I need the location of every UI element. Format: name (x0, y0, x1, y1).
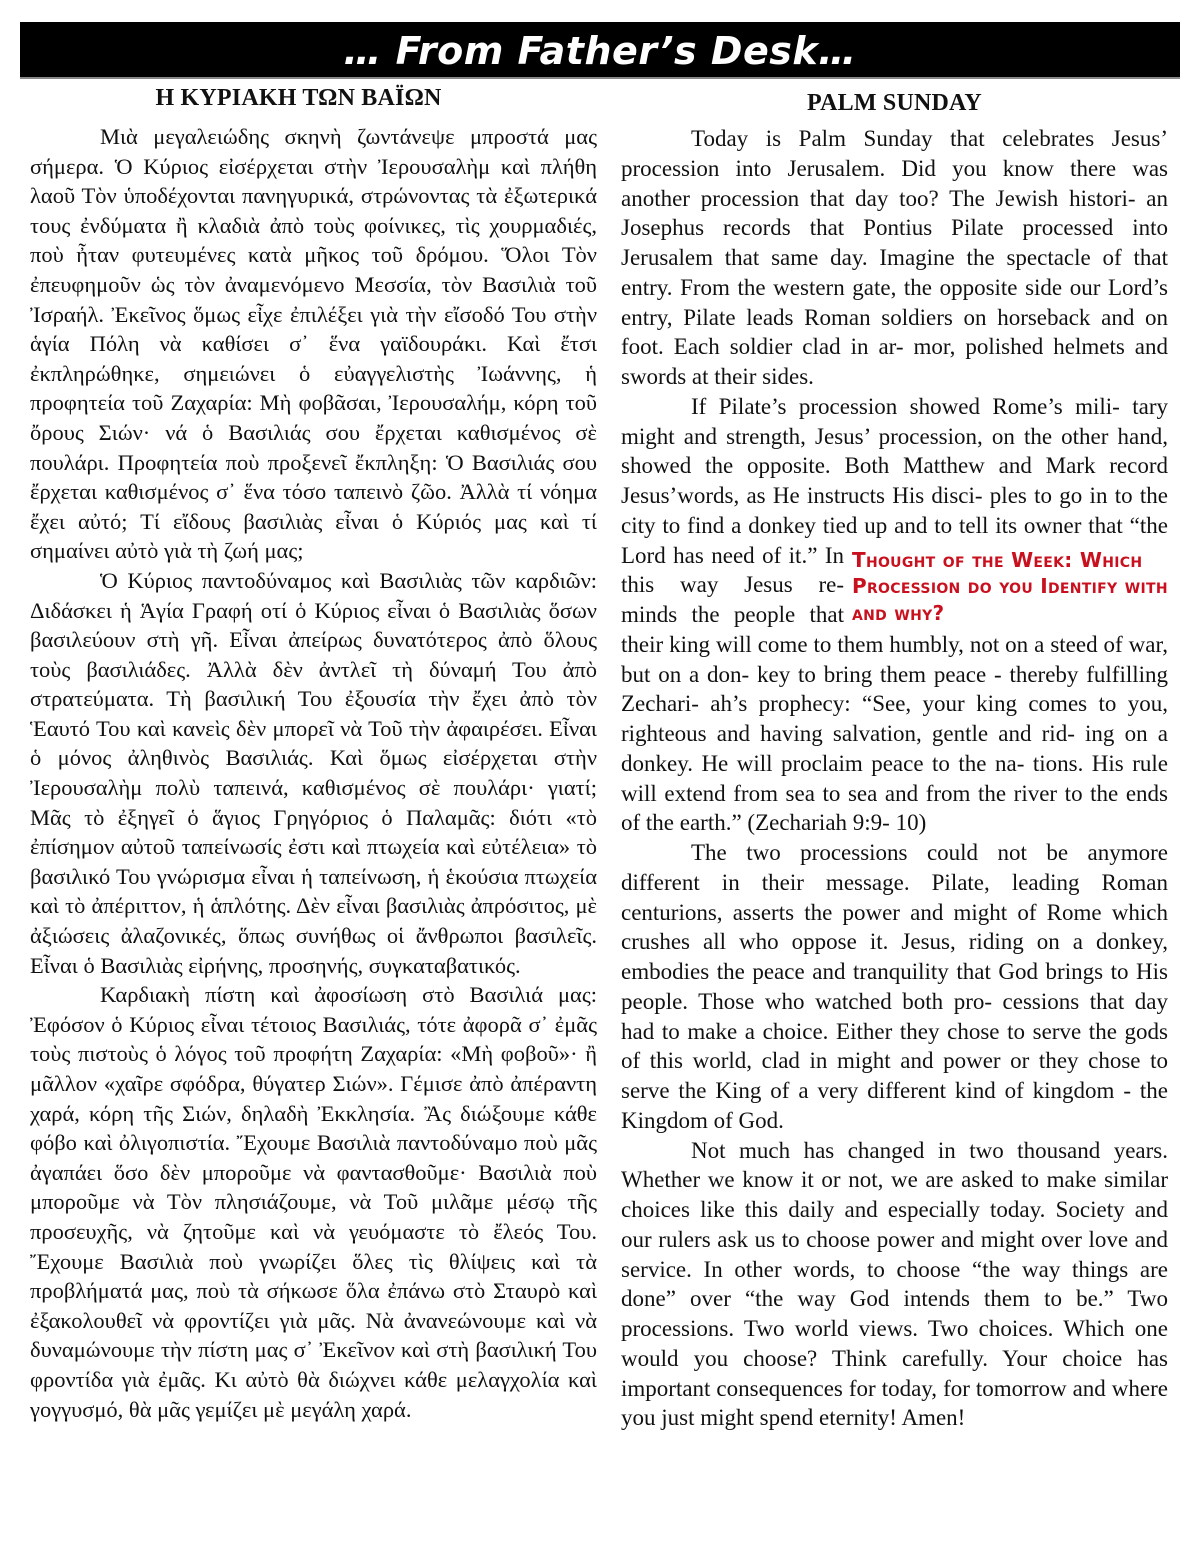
greek-column: Η ΚΥΡΙΑΚΗ ΤΩΝ ΒΑΪΩΝ Μιὰ μεγαλειώδης σκην… (30, 82, 597, 1424)
english-paragraph-4: Not much has changed in two thousand yea… (621, 1136, 1168, 1434)
english-column: PALM SUNDAY Today is Palm Sunday that ce… (621, 82, 1168, 1433)
greek-paragraph-1: Μιὰ μεγαλειώδης σκηνὴ ζωντάνεψε μπροστά … (30, 122, 597, 566)
english-column-title: PALM SUNDAY (621, 82, 1168, 124)
english-paragraph-2: If Pilate’s procession showed Rome’s mil… (621, 392, 1168, 838)
header-banner: … From Father’s Desk… (20, 22, 1180, 79)
english-paragraph-3: The two processions could not be anymore… (621, 838, 1168, 1136)
greek-paragraph-3: Καρδιακὴ πίστη καὶ ἀφοσίωση στὸ Βασιλιά … (30, 980, 597, 1424)
thought-heading: Thought of the Week: (852, 548, 1073, 572)
banner-title: … From Father’s Desk… (343, 29, 856, 73)
greek-column-title: Η ΚΥΡΙΑΚΗ ΤΩΝ ΒΑΪΩΝ (30, 82, 567, 122)
english-paragraph-1: Today is Palm Sunday that celebrates Jes… (621, 124, 1168, 392)
english-paragraph-2-lead: If Pilate’s procession showed Rome’s mil… (621, 394, 1168, 568)
thought-of-the-week-box: Thought of the Week: Which Procession do… (852, 547, 1168, 627)
greek-paragraph-2: Ὁ Κύριος παντοδύναμος καὶ Βασιλιὰς τῶν κ… (30, 566, 597, 980)
